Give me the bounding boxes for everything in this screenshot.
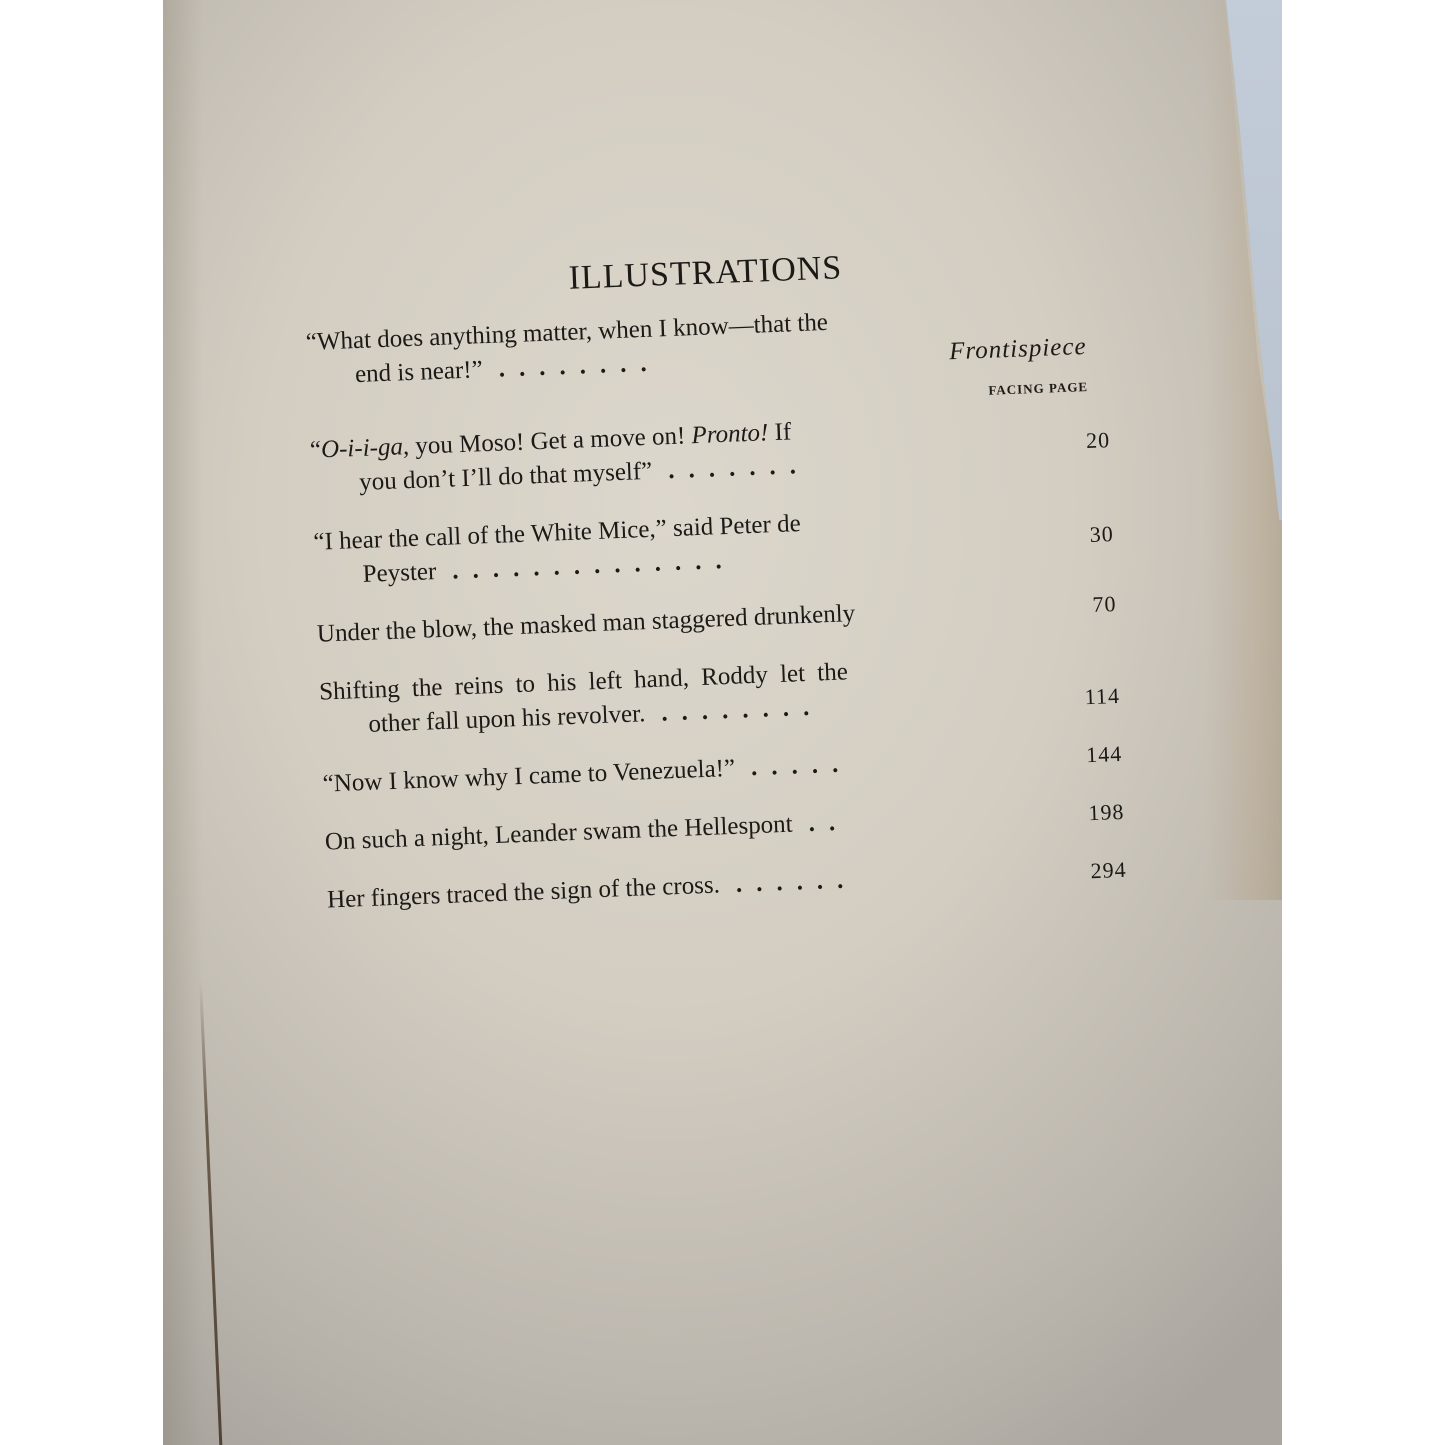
- page-number: 198: [1088, 795, 1125, 830]
- page-number: Frontispiece: [949, 330, 1088, 369]
- list-item: Under the blow, the masked man staggered…: [316, 588, 1097, 652]
- list-item: Shifting the reins to his left hand, Rod…: [319, 646, 1101, 744]
- dot-leader: ..............: [436, 547, 736, 585]
- dot-leader: ........: [482, 349, 661, 383]
- entry-text-italic: Pronto!: [691, 419, 769, 449]
- entry-line: Under the blow, the masked man staggered…: [316, 588, 1097, 652]
- entry-text: If: [768, 418, 792, 446]
- facing-page-header: FACING PAGE: [988, 370, 1089, 408]
- page-number: 20: [1085, 423, 1110, 458]
- book-page-photo: ILLUSTRATIONS “What does anything matter…: [163, 0, 1282, 1445]
- list-item: “O-i-i-ga, you Moso! Get a move on! Pron…: [309, 404, 1091, 502]
- entry-text: Peyster: [362, 558, 437, 588]
- page-number: 70: [1092, 587, 1117, 622]
- list-item: “I hear the call of the White Mice,” sai…: [313, 496, 1095, 594]
- dot-leader: ........: [645, 693, 824, 727]
- entry-text: other fall upon his revolver.: [368, 700, 646, 738]
- entry-text: end is near!”: [355, 356, 484, 388]
- dot-leader: ..: [792, 808, 849, 837]
- entry-text: Her fingers traced the sign of the cross…: [327, 871, 721, 913]
- list-item: Her fingers traced the sign of the cross…: [327, 854, 1108, 918]
- page-number: 294: [1090, 853, 1127, 888]
- list-item: On such a night, Leander swam the Helles…: [324, 796, 1105, 860]
- entry-line: “Now I know why I came to Venezuela!”...…: [322, 738, 1103, 802]
- list-item: “What does anything matter, when I know—…: [305, 296, 1087, 394]
- entry-text: you don’t I’ll do that myself”: [359, 458, 653, 496]
- dot-leader: .....: [735, 750, 853, 781]
- illustrations-list: ILLUSTRATIONS “What does anything matter…: [303, 240, 1108, 941]
- entry-text: On such a night, Leander swam the Helles…: [324, 811, 793, 856]
- entry-text: “Now I know why I came to Venezuela!”: [322, 755, 735, 798]
- entry-line: On such a night, Leander swam the Helles…: [324, 796, 1105, 860]
- entry-text-italic: O-i-i-ga: [321, 433, 404, 463]
- dot-leader: ......: [719, 866, 857, 898]
- page-number: 114: [1084, 679, 1120, 714]
- dot-leader: .......: [652, 452, 811, 485]
- page-number: 30: [1089, 517, 1114, 552]
- entry-line: Her fingers traced the sign of the cross…: [327, 854, 1108, 918]
- page-number: 144: [1086, 737, 1123, 772]
- page-shadow: [163, 0, 203, 1445]
- list-item: “Now I know why I came to Venezuela!”...…: [322, 738, 1103, 802]
